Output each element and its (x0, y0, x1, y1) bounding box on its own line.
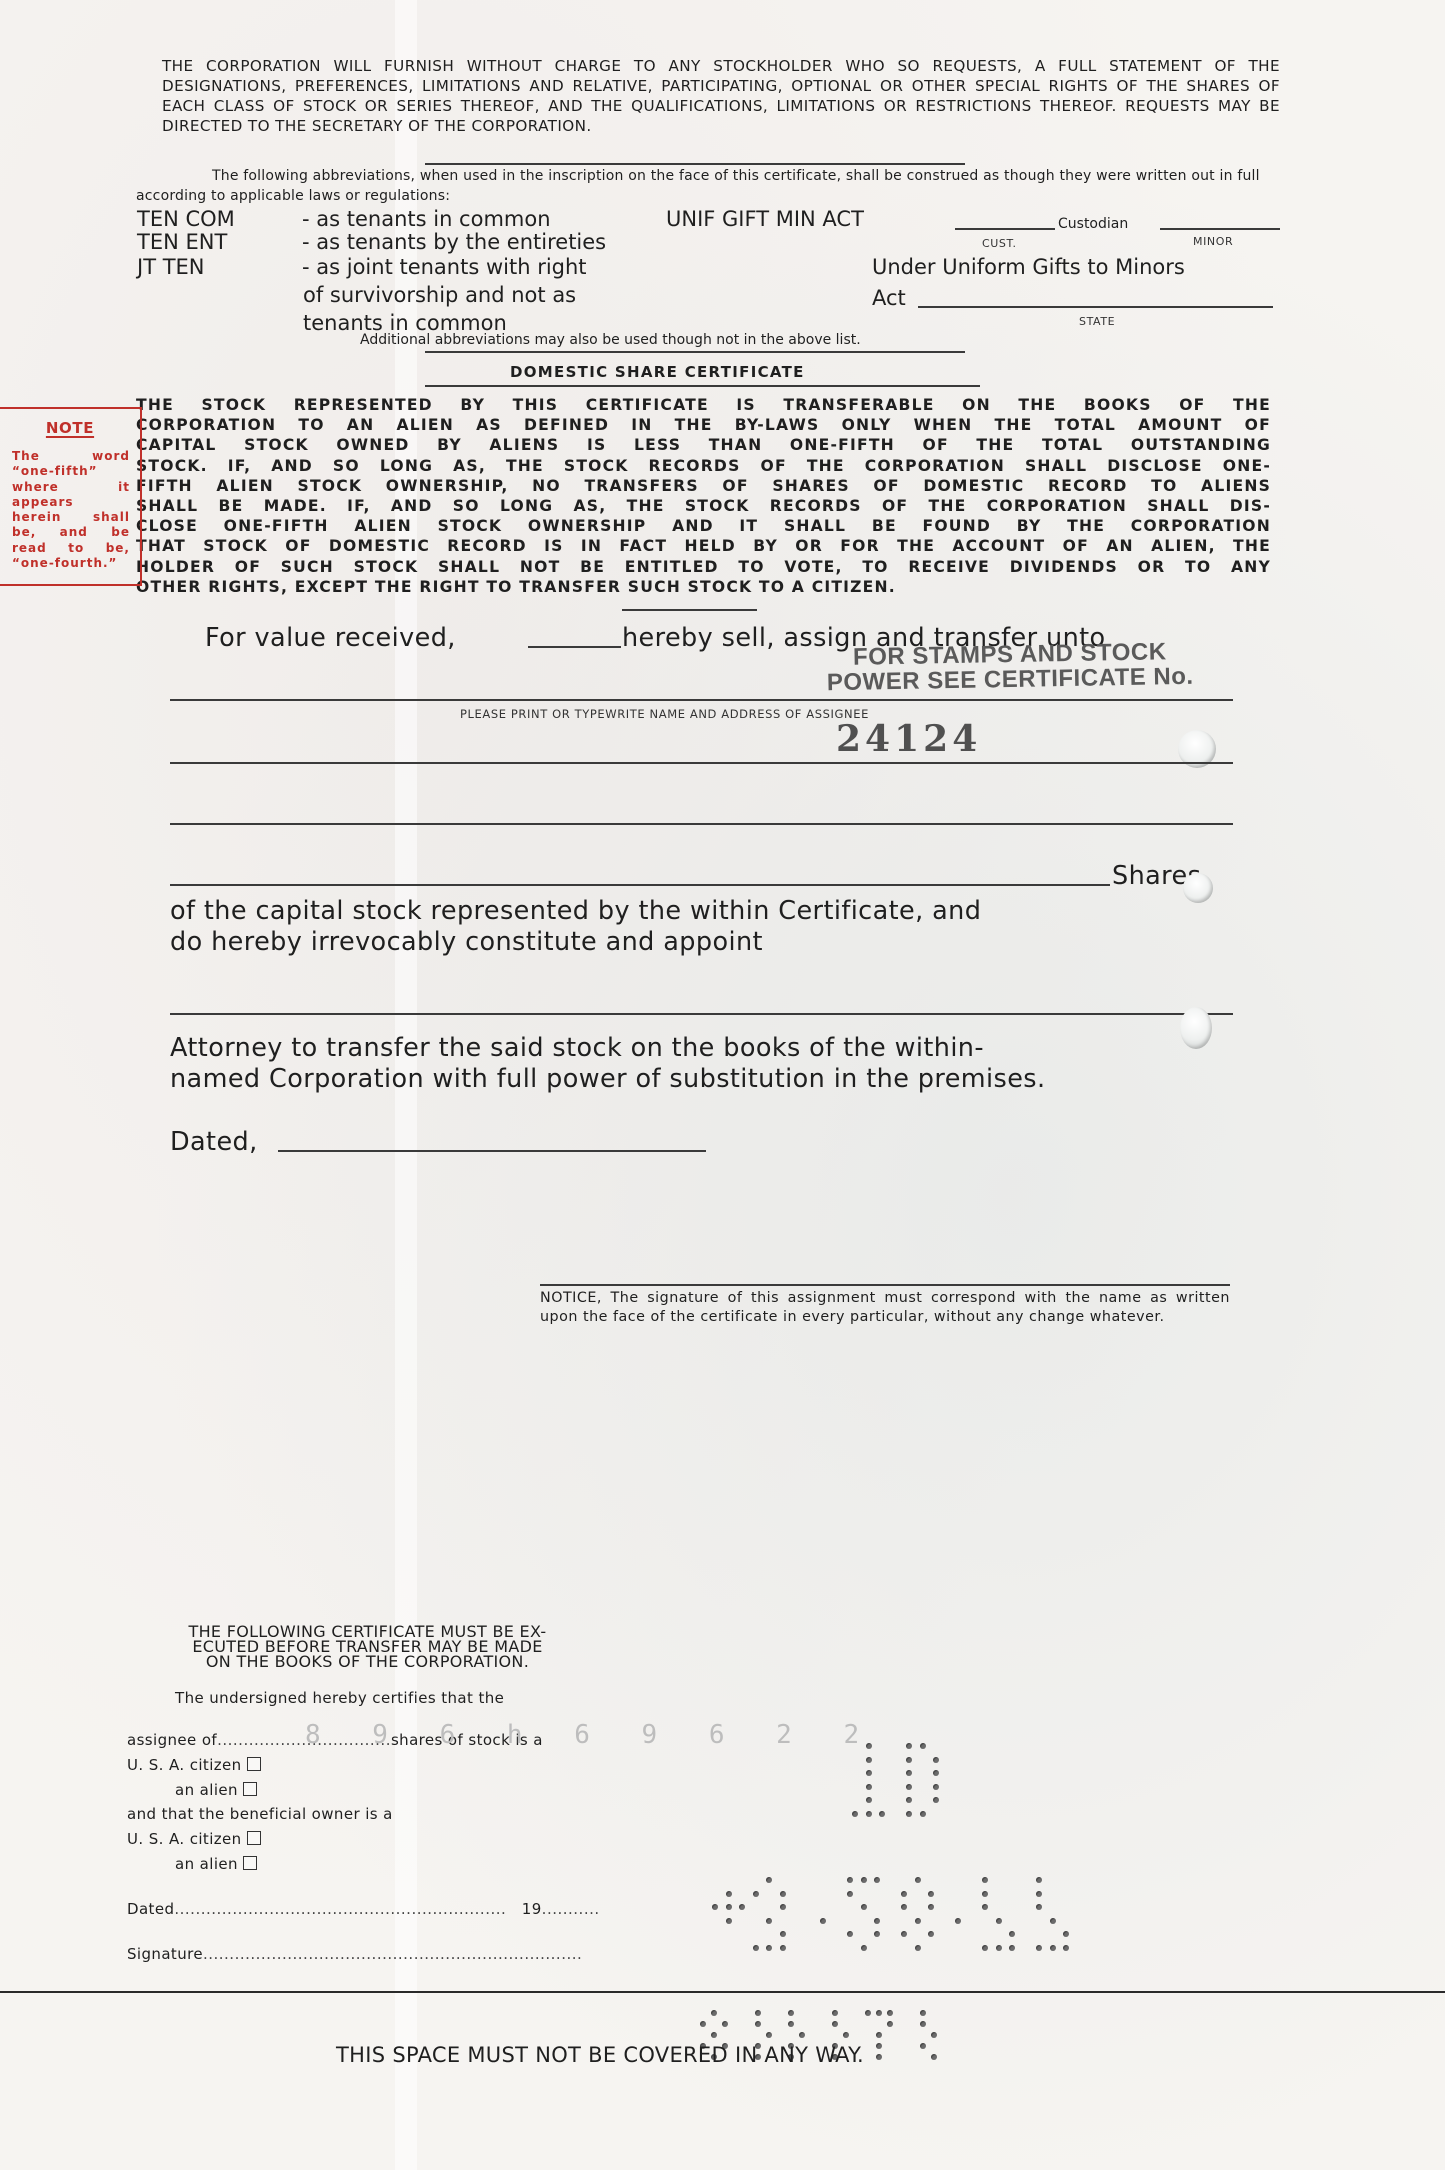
abbr-def-jt-ten: - as joint tenants with right (302, 254, 587, 282)
assignee-citizen-row: U. S. A. citizen (127, 1756, 261, 1774)
citizenship-heading: THE FOLLOWING CERTIFICATE MUST BE EX- EC… (124, 1624, 611, 1669)
divider (425, 351, 965, 353)
state-field[interactable] (918, 306, 1273, 308)
signature-notice: NOTICE, The signature of this assignment… (540, 1289, 1230, 1326)
cert-dated-row: Dated...................................… (127, 1900, 600, 1918)
attorney-field[interactable] (170, 1013, 1233, 1015)
note-text: The word “one-fifth” where it appears he… (12, 449, 130, 571)
assignor-field[interactable] (528, 646, 621, 648)
domestic-line: CLOSE ONE-FIFTH ALIEN STOCK OWNERSHIP AN… (136, 516, 1271, 536)
capital-stock-text: of the capital stock represented by the … (170, 896, 981, 927)
assignee-alien-checkbox[interactable] (243, 1782, 257, 1796)
certifies-intro: The undersigned hereby certifies that th… (175, 1689, 504, 1707)
act-label: Act (872, 285, 906, 313)
custodian-field[interactable] (955, 228, 1055, 230)
state-hint: STATE (1079, 315, 1115, 328)
assignee-hint: PLEASE PRINT OR TYPEWRITE NAME AND ADDRE… (460, 707, 869, 721)
cert-signature-row: Signature...............................… (127, 1945, 582, 1963)
domestic-line: OTHER RIGHTS, EXCEPT THE RIGHT TO TRANSF… (136, 577, 1271, 597)
domestic-line: SHALL BE MADE. IF, AND SO LONG AS, THE S… (136, 496, 1271, 516)
assignee-citizen-checkbox[interactable] (247, 1757, 261, 1771)
abbr-def-ten-ent: - as tenants by the entireties (302, 229, 606, 257)
under-uniform-gifts: Under Uniform Gifts to Minors (872, 254, 1185, 282)
domestic-line: THAT STOCK OF DOMESTIC RECORD IS IN FACT… (136, 536, 1271, 556)
assignee-address-field[interactable] (170, 762, 1233, 764)
divider (425, 385, 980, 387)
beneficial-owner-label: and that the beneficial owner is a (127, 1805, 393, 1823)
abbreviations-intro: The following abbreviations, when used i… (136, 166, 1281, 206)
divider (425, 163, 965, 165)
domestic-line: FIFTH ALIEN STOCK OWNERSHIP, NO TRANSFER… (136, 476, 1271, 496)
punch-hole (1183, 873, 1213, 903)
note-box: NOTE The word “one-fifth” where it appea… (0, 407, 142, 586)
signature-field[interactable] (540, 1284, 1230, 1286)
abbr-code-ten-ent: TEN ENT (137, 229, 227, 257)
owner-alien-checkbox[interactable] (243, 1856, 257, 1870)
certificate-number: 24124 (836, 718, 981, 760)
dated-field[interactable] (278, 1150, 706, 1152)
note-title: NOTE (0, 419, 140, 437)
domestic-line: STOCK. IF, AND SO LONG AS, THE STOCK REC… (136, 456, 1271, 476)
domestic-line: THE STOCK REPRESENTED BY THIS CERTIFICAT… (136, 395, 1271, 415)
domestic-line: CORPORATION TO AN ALIEN AS DEFINED IN TH… (136, 415, 1271, 435)
note-underline (0, 584, 140, 586)
assignee-address-field-2[interactable] (170, 823, 1233, 825)
assignee-alien-row: an alien (175, 1781, 257, 1799)
custodian-label: Custodian (1058, 216, 1128, 232)
owner-alien-row: an alien (175, 1855, 257, 1873)
minor-hint: MINOR (1193, 235, 1233, 248)
appoint-text: do hereby irrevocably constitute and app… (170, 927, 763, 958)
value-received-label: For value received, (205, 623, 456, 654)
attorney-text-2: named Corporation with full power of sub… (170, 1064, 1045, 1095)
ghost-perforation-digits: 8 9 6 h 6 9 6 2 2 (305, 1720, 877, 1750)
shares-count-field[interactable] (170, 884, 1110, 886)
cust-hint: CUST. (982, 237, 1017, 250)
dated-label: Dated, (170, 1127, 258, 1158)
abbr-def-jt-ten-cont: of survivorship and not as (303, 282, 576, 310)
cert-dated-input[interactable]: ........................................… (174, 1900, 506, 1918)
corporation-statement: THE CORPORATION WILL FURNISH WITHOUT CHA… (162, 56, 1280, 136)
do-not-cover-message: THIS SPACE MUST NOT BE COVERED IN ANY WA… (336, 2043, 864, 2067)
domestic-share-title: DOMESTIC SHARE CERTIFICATE (510, 363, 805, 381)
domestic-share-text: THE STOCK REPRESENTED BY THIS CERTIFICAT… (136, 395, 1271, 597)
stamp-text: FOR STAMPS AND STOCK POWER SEE CERTIFICA… (810, 639, 1211, 696)
punch-hole (1180, 1007, 1212, 1049)
cert-year-input[interactable]: ........... (542, 1900, 600, 1918)
bottom-divider (0, 1991, 1445, 1993)
minor-field[interactable] (1160, 228, 1280, 230)
additional-abbreviations-note: Additional abbreviations may also be use… (360, 332, 861, 348)
domestic-line: HOLDER OF SUCH STOCK SHALL NOT BE ENTITL… (136, 557, 1271, 577)
owner-citizen-checkbox[interactable] (247, 1831, 261, 1845)
domestic-line: CAPITAL STOCK OWNED BY ALIENS IS LESS TH… (136, 435, 1271, 455)
abbr-code-jt-ten: JT TEN (137, 254, 205, 282)
owner-citizen-row: U. S. A. citizen (127, 1830, 261, 1848)
assignee-name-field[interactable] (170, 699, 1233, 701)
divider (622, 609, 757, 611)
cert-signature-input[interactable]: ........................................… (203, 1945, 582, 1963)
attorney-text: Attorney to transfer the said stock on t… (170, 1033, 984, 1064)
unif-gift-label: UNIF GIFT MIN ACT (666, 206, 864, 234)
